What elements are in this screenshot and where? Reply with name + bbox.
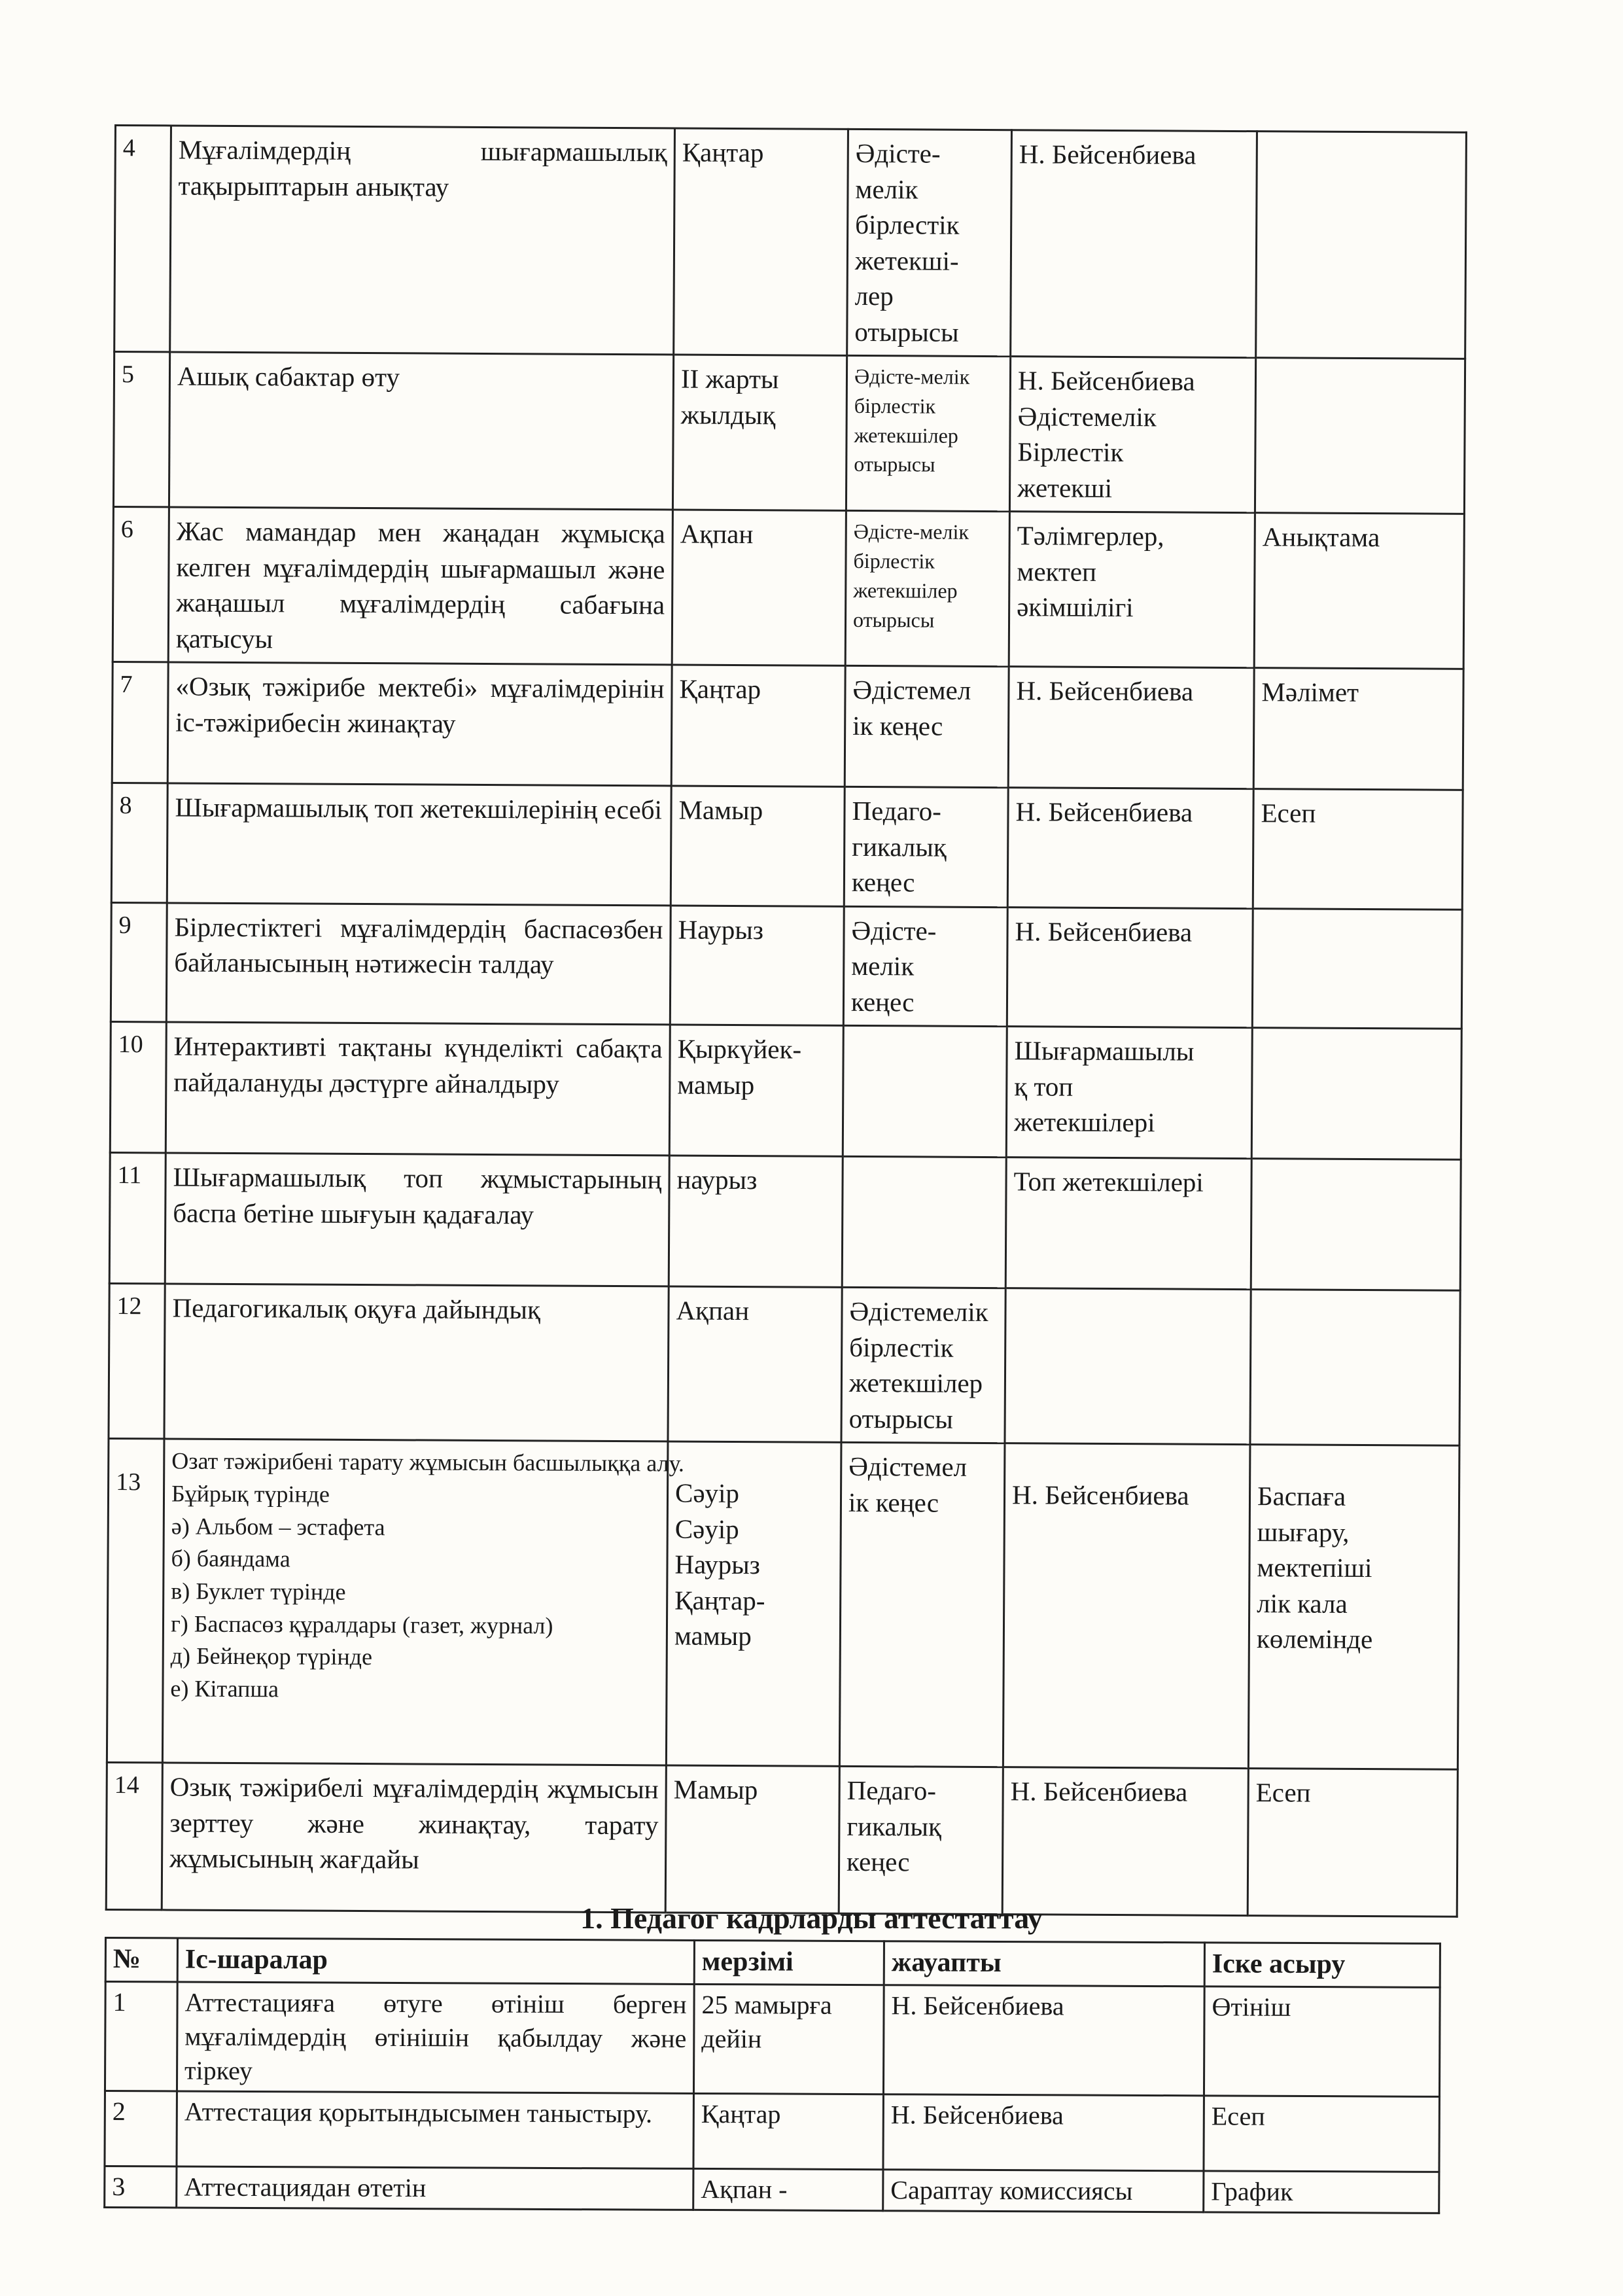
plan-row: 12Педагогикалық оқуға дайындықАқпанӘдіст…	[109, 1284, 1460, 1446]
activity-cell: Шығармашылық топ жетекшілерінің есебі	[167, 783, 671, 906]
term-cell: Мамыр	[671, 786, 845, 906]
plan-row: 4Мұғалімдердің шығармашылық тақырыптарын…	[114, 126, 1467, 359]
responsible-cell: Н. Бейсенбиева	[1011, 130, 1257, 358]
term-cell: Ақпан	[668, 1286, 842, 1442]
responsible-cell: Н. Бейсенбиева	[883, 2094, 1204, 2171]
plan-row: 7«Озық тәжірибе мектебі» мұғалімдерінін …	[112, 662, 1463, 790]
activity-cell: Озат тәжірибені тарату жұмысын басшылыққ…	[162, 1439, 668, 1765]
activity-cell: Бірлестіктегі мұғалімдердің баспасөзбен …	[166, 903, 671, 1025]
activity-cell: Аттестациядан өтетін	[177, 2166, 693, 2210]
plan-row: 6Жас мамандар мен жаңадан жұмысқа келген…	[113, 507, 1464, 669]
result-cell	[1256, 132, 1467, 359]
plan-row: 13Озат тәжірибені тарату жұмысын басшылы…	[107, 1439, 1459, 1770]
result-cell	[1252, 908, 1462, 1029]
row-number: 2	[105, 2091, 177, 2166]
responsible-cell: Тәлімгерлер,мектепәкімшілігі	[1009, 512, 1255, 668]
form-cell: Педаго-гикалықкеңес	[839, 1767, 1003, 1915]
form-cell: Әдісте-мелікбірлестікжетекші-леротырысы	[847, 129, 1012, 356]
activity-cell: Ашық сабактар өту	[169, 352, 673, 510]
responsible-cell: Н. Бейсенбиева	[1007, 907, 1253, 1028]
term-cell: Қаңтар	[693, 2093, 883, 2169]
form-cell	[842, 1157, 1006, 1288]
activity-cell: Аттестация қорытындысымен таныстыру.	[177, 2091, 693, 2168]
form-cell: Әдістемелік кеңес	[839, 1443, 1005, 1767]
form-cell	[843, 1026, 1007, 1157]
section-title: 1. Педагог кадрларды аттестаттау	[0, 1901, 1623, 1935]
header-result: Іске асыру	[1204, 1943, 1440, 1987]
term-cell: Наурыз	[670, 906, 844, 1026]
responsible-cell: Н. Бейсенбиева	[1008, 667, 1254, 789]
responsible-cell	[1005, 1288, 1251, 1445]
responsible-cell: Н. Бейсенбиева	[1002, 1767, 1248, 1916]
plan-row: 14Озық тәжірибелі мұғалімдердің жұмысын …	[106, 1763, 1457, 1917]
result-cell: График	[1204, 2171, 1439, 2214]
term-cell: СәуірСәуірНаурызҚаңтар-мамыр	[666, 1441, 841, 1766]
term-cell: Қаңтар	[671, 665, 845, 786]
form-cell: Педаго-гикалықкеңес	[844, 787, 1008, 908]
result-cell: Баспағашығару,мектепішілік калакөлемінде	[1248, 1445, 1459, 1770]
header-term: мерзімі	[694, 1940, 884, 1985]
attestation-row: 3Аттестациядан өтетінАқпан -Сараптау ком…	[105, 2166, 1439, 2213]
header-responsible: жауапты	[884, 1941, 1204, 1987]
result-cell: Есеп	[1248, 1769, 1457, 1917]
responsible-cell: Н. Бейсенбиева	[883, 1985, 1204, 2096]
row-number: 4	[114, 126, 171, 353]
plan-row: 11Шығармашылық топ жұмыстарының баспа бе…	[109, 1153, 1461, 1291]
plan-row: 9Бірлестіктегі мұғалімдердің баспасөзбен…	[111, 902, 1462, 1029]
row-number: 10	[110, 1022, 166, 1153]
responsible-cell: Сараптау комиссиясы	[883, 2170, 1204, 2212]
result-cell	[1250, 1290, 1460, 1446]
form-cell: Әдісте-мелікбірлестікжетекшілеротырысы	[846, 355, 1010, 511]
responsible-cell: Н. Бейсенбиева	[1007, 788, 1253, 909]
responsible-cell: Н. БейсенбиеваӘдістемелікБірлестікжетекш…	[1009, 357, 1255, 513]
row-number: 3	[105, 2166, 177, 2207]
result-cell: Есеп	[1253, 789, 1463, 910]
responsible-cell: Шығармашылық топжетекшілері	[1006, 1027, 1252, 1159]
row-number: 1	[105, 1981, 177, 2091]
row-number: 14	[106, 1763, 162, 1910]
plan-row: 8Шығармашылық топ жетекшілерінің есебіМа…	[111, 783, 1463, 910]
result-cell: Өтініш	[1204, 1987, 1440, 2097]
activity-cell: Мұғалімдердің шығармашылық тақырыптарын …	[170, 126, 675, 355]
result-cell	[1251, 1028, 1461, 1160]
activity-cell: Озық тәжірибелі мұғалімдердің жұмысын зе…	[162, 1763, 666, 1913]
activity-cell: Интерактивті тақтаны күнделікті сабақта …	[166, 1022, 670, 1156]
term-cell: наурыз	[669, 1156, 843, 1287]
term-cell: Ақпан -	[693, 2168, 883, 2210]
attestation-row: 1Аттестацияға өтуге өтініш берген мұғалі…	[105, 1981, 1440, 2096]
row-number: 11	[109, 1153, 166, 1284]
result-cell: Есеп	[1204, 2096, 1439, 2172]
activity-cell: Жас мамандар мен жаңадан жұмысқа келген …	[168, 507, 672, 665]
term-cell: Мамыр	[665, 1765, 839, 1913]
row-number: 13	[107, 1439, 164, 1763]
attestation-header-row: № Іс-шаралар мерзімі жауапты Іске асыру	[105, 1938, 1440, 1988]
plan-row: 10Интерактивті тақтаны күнделікті сабақт…	[110, 1022, 1461, 1160]
form-cell: Әдісте-меліккеңес	[843, 906, 1007, 1027]
form-cell: Әдістемелікбірлестікжетекшілеротырысы	[841, 1288, 1005, 1443]
row-number: 5	[113, 352, 169, 508]
responsible-cell: Топ жетекшілері	[1005, 1157, 1251, 1290]
responsible-cell: Н. Бейсенбиева	[1003, 1443, 1250, 1769]
header-activity: Іс-шаралар	[177, 1938, 694, 1984]
row-number: 8	[111, 783, 167, 903]
term-cell: 25 мамырғадейін	[693, 1984, 884, 2094]
header-num: №	[105, 1938, 177, 1982]
row-number: 6	[113, 507, 169, 663]
attestation-table: № Іс-шаралар мерзімі жауапты Іске асыру …	[103, 1937, 1441, 2214]
form-cell: Әдісте-мелікбірлестікжетекшілеротырысы	[845, 511, 1009, 667]
activity-cell: Педагогикалық оқуға дайындық	[164, 1284, 669, 1441]
form-cell: Әдістемелік кеңес	[845, 666, 1009, 788]
attestation-row: 2Аттестация қорытындысымен таныстыру.Қаң…	[105, 2091, 1439, 2172]
row-number: 7	[112, 662, 168, 783]
row-number: 12	[109, 1284, 165, 1439]
row-number: 9	[111, 902, 167, 1022]
plan-row: 5Ашық сабактар өтуII жартыжылдықӘдісте-м…	[113, 352, 1465, 514]
work-plan-table: 4Мұғалімдердің шығармашылық тақырыптарын…	[105, 124, 1467, 1918]
activity-cell: Аттестацияға өтуге өтініш берген мұғалім…	[177, 1982, 694, 2093]
activity-cell: «Озық тәжірибе мектебі» мұғалімдерінін і…	[167, 662, 672, 786]
result-cell: Мәлімет	[1253, 668, 1463, 790]
term-cell: Қыркүйек-мамыр	[669, 1025, 843, 1156]
term-cell: Қаңтар	[674, 128, 848, 355]
result-cell: Анықтама	[1254, 513, 1464, 669]
result-cell	[1255, 358, 1465, 514]
result-cell	[1251, 1159, 1461, 1291]
term-cell: Ақпан	[672, 510, 846, 665]
activity-cell: Шығармашылық топ жұмыстарының баспа беті…	[165, 1153, 669, 1286]
term-cell: II жартыжылдық	[672, 355, 846, 510]
